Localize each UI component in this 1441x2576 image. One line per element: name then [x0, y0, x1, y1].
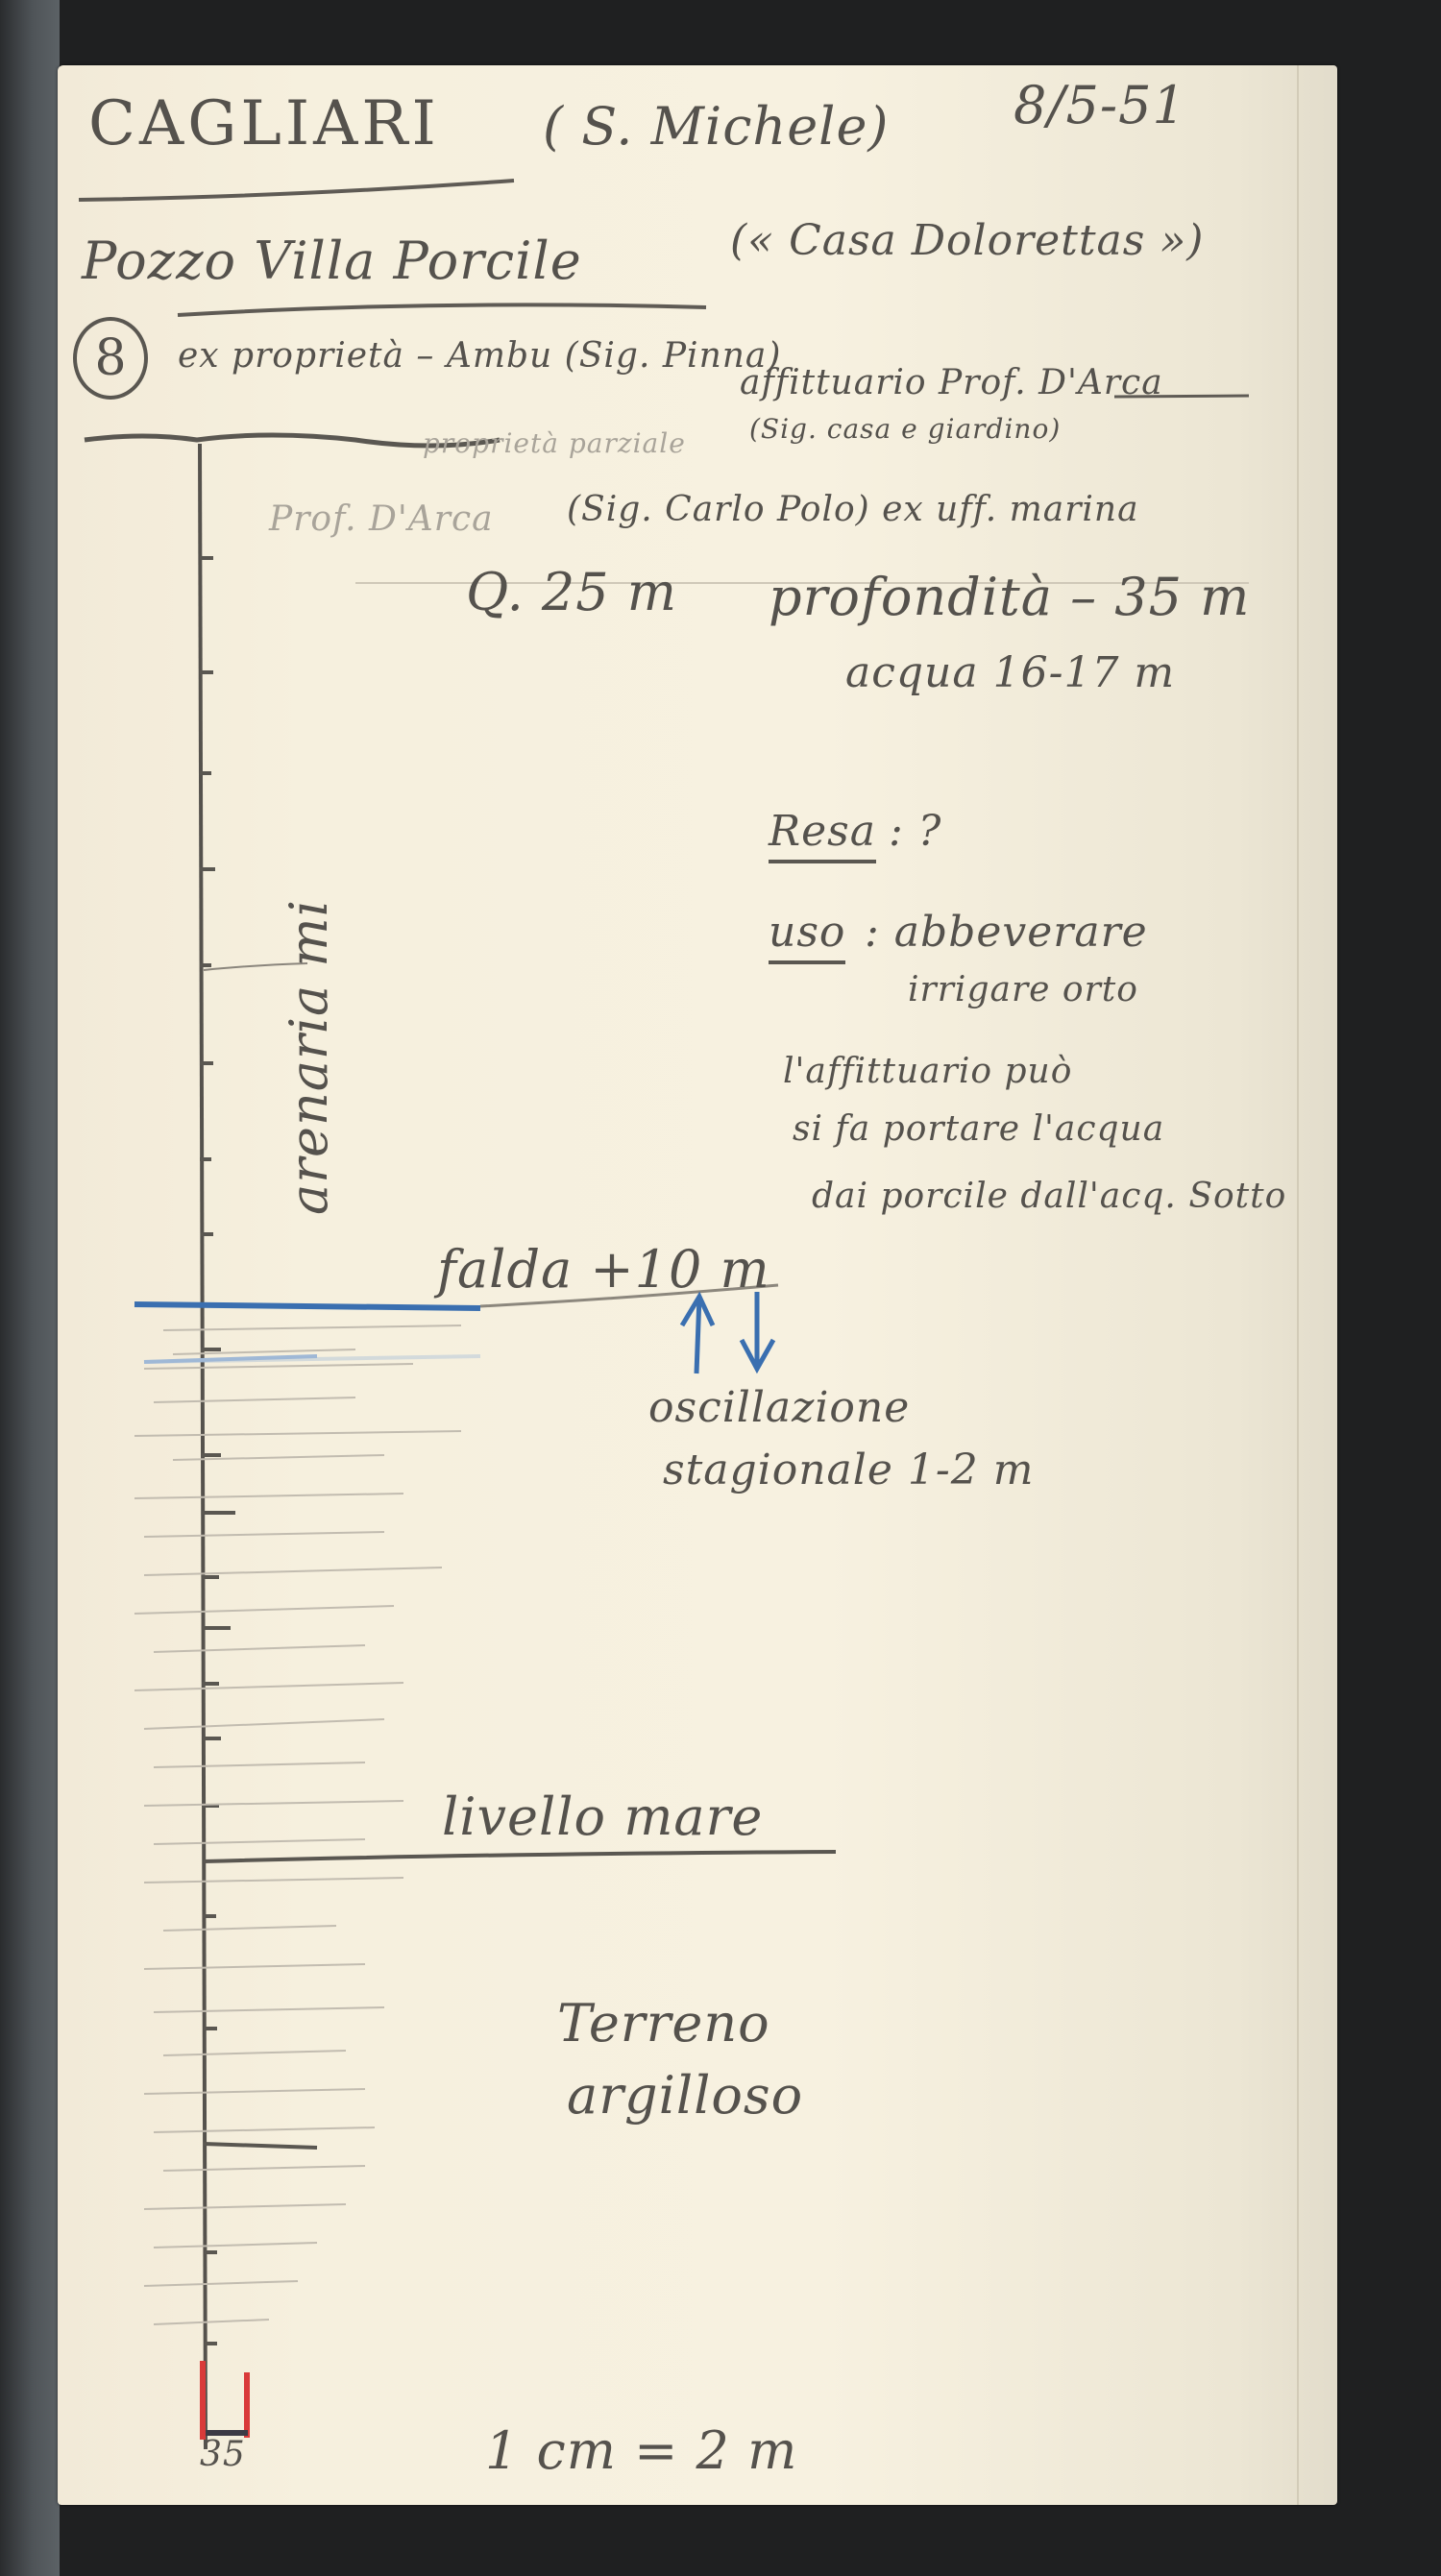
water-table-label: falda +10 m	[437, 1239, 770, 1300]
oscillation-label-1: oscillazione	[648, 1383, 910, 1432]
tenant-line: affittuario Prof. D'Arca	[740, 363, 1163, 402]
owner-line: ex proprietà – Ambu (Sig. Pinna)	[178, 336, 781, 376]
sea-level-label: livello mare	[442, 1786, 763, 1847]
layer-label-argilloso: argilloso	[567, 2065, 803, 2126]
tenant-comment-2: si fa portare l'acqua	[793, 1109, 1164, 1149]
well-number-badge: 8	[73, 317, 148, 400]
oscillation-label-2: stagionale 1-2 m	[663, 1446, 1034, 1495]
yield-value: : ?	[889, 807, 941, 856]
city-title: CAGLIARI	[88, 88, 440, 163]
sea-level-line	[204, 1852, 836, 1861]
faint-note-1: proprietà parziale	[423, 427, 686, 459]
elevation: Q. 25 m	[466, 562, 677, 622]
oscillation-arrows	[682, 1292, 773, 1373]
yield-label: Resa	[769, 807, 876, 863]
layer-label-terreno: Terreno	[557, 1993, 770, 2054]
water-table-line	[134, 1304, 480, 1308]
district: ( S. Michele)	[543, 96, 889, 157]
tenant-note: (Sig. casa e giardino)	[749, 413, 1061, 445]
layer-label-arenaria: arenaria mi	[279, 899, 339, 1215]
saturated-zone-hatch	[134, 1325, 461, 2324]
bottom-depth-label: 35	[200, 2435, 246, 2474]
well-depth: profondità – 35 m	[769, 567, 1250, 627]
use-label: uso	[769, 908, 845, 964]
use-value-1: : abbeverare	[865, 908, 1148, 957]
tenant-comment-1: l'affittuario può	[783, 1052, 1072, 1091]
depth-axis	[200, 444, 206, 2449]
use-value-2: irrigare orto	[908, 970, 1138, 1009]
date: 8/5-51	[1014, 75, 1186, 135]
former-owner: (Sig. Carlo Polo) ex uff. marina	[567, 490, 1139, 529]
well-alias: (« Casa Dolorettas »)	[730, 216, 1204, 265]
title-underline	[79, 181, 514, 200]
well-bottom-marker	[203, 2361, 248, 2440]
tenant-comment-3: dai porcile dall'acq. Sotto	[812, 1177, 1286, 1216]
scale-note: 1 cm = 2 m	[485, 2420, 797, 2481]
faint-note-2: Prof. D'Arca	[269, 499, 494, 539]
depth-ticks	[200, 558, 317, 2344]
water-depth: acqua 16-17 m	[845, 648, 1175, 697]
well-name: Pozzo Villa Porcile	[82, 231, 582, 291]
